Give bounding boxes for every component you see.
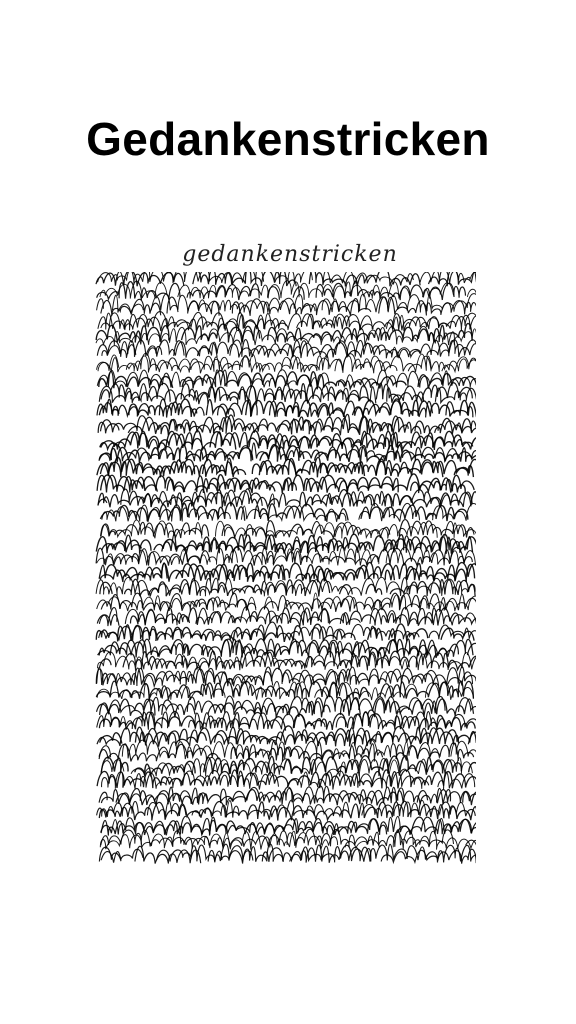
page-title: Gedankenstricken bbox=[0, 112, 576, 166]
scribble-artwork bbox=[94, 272, 476, 866]
